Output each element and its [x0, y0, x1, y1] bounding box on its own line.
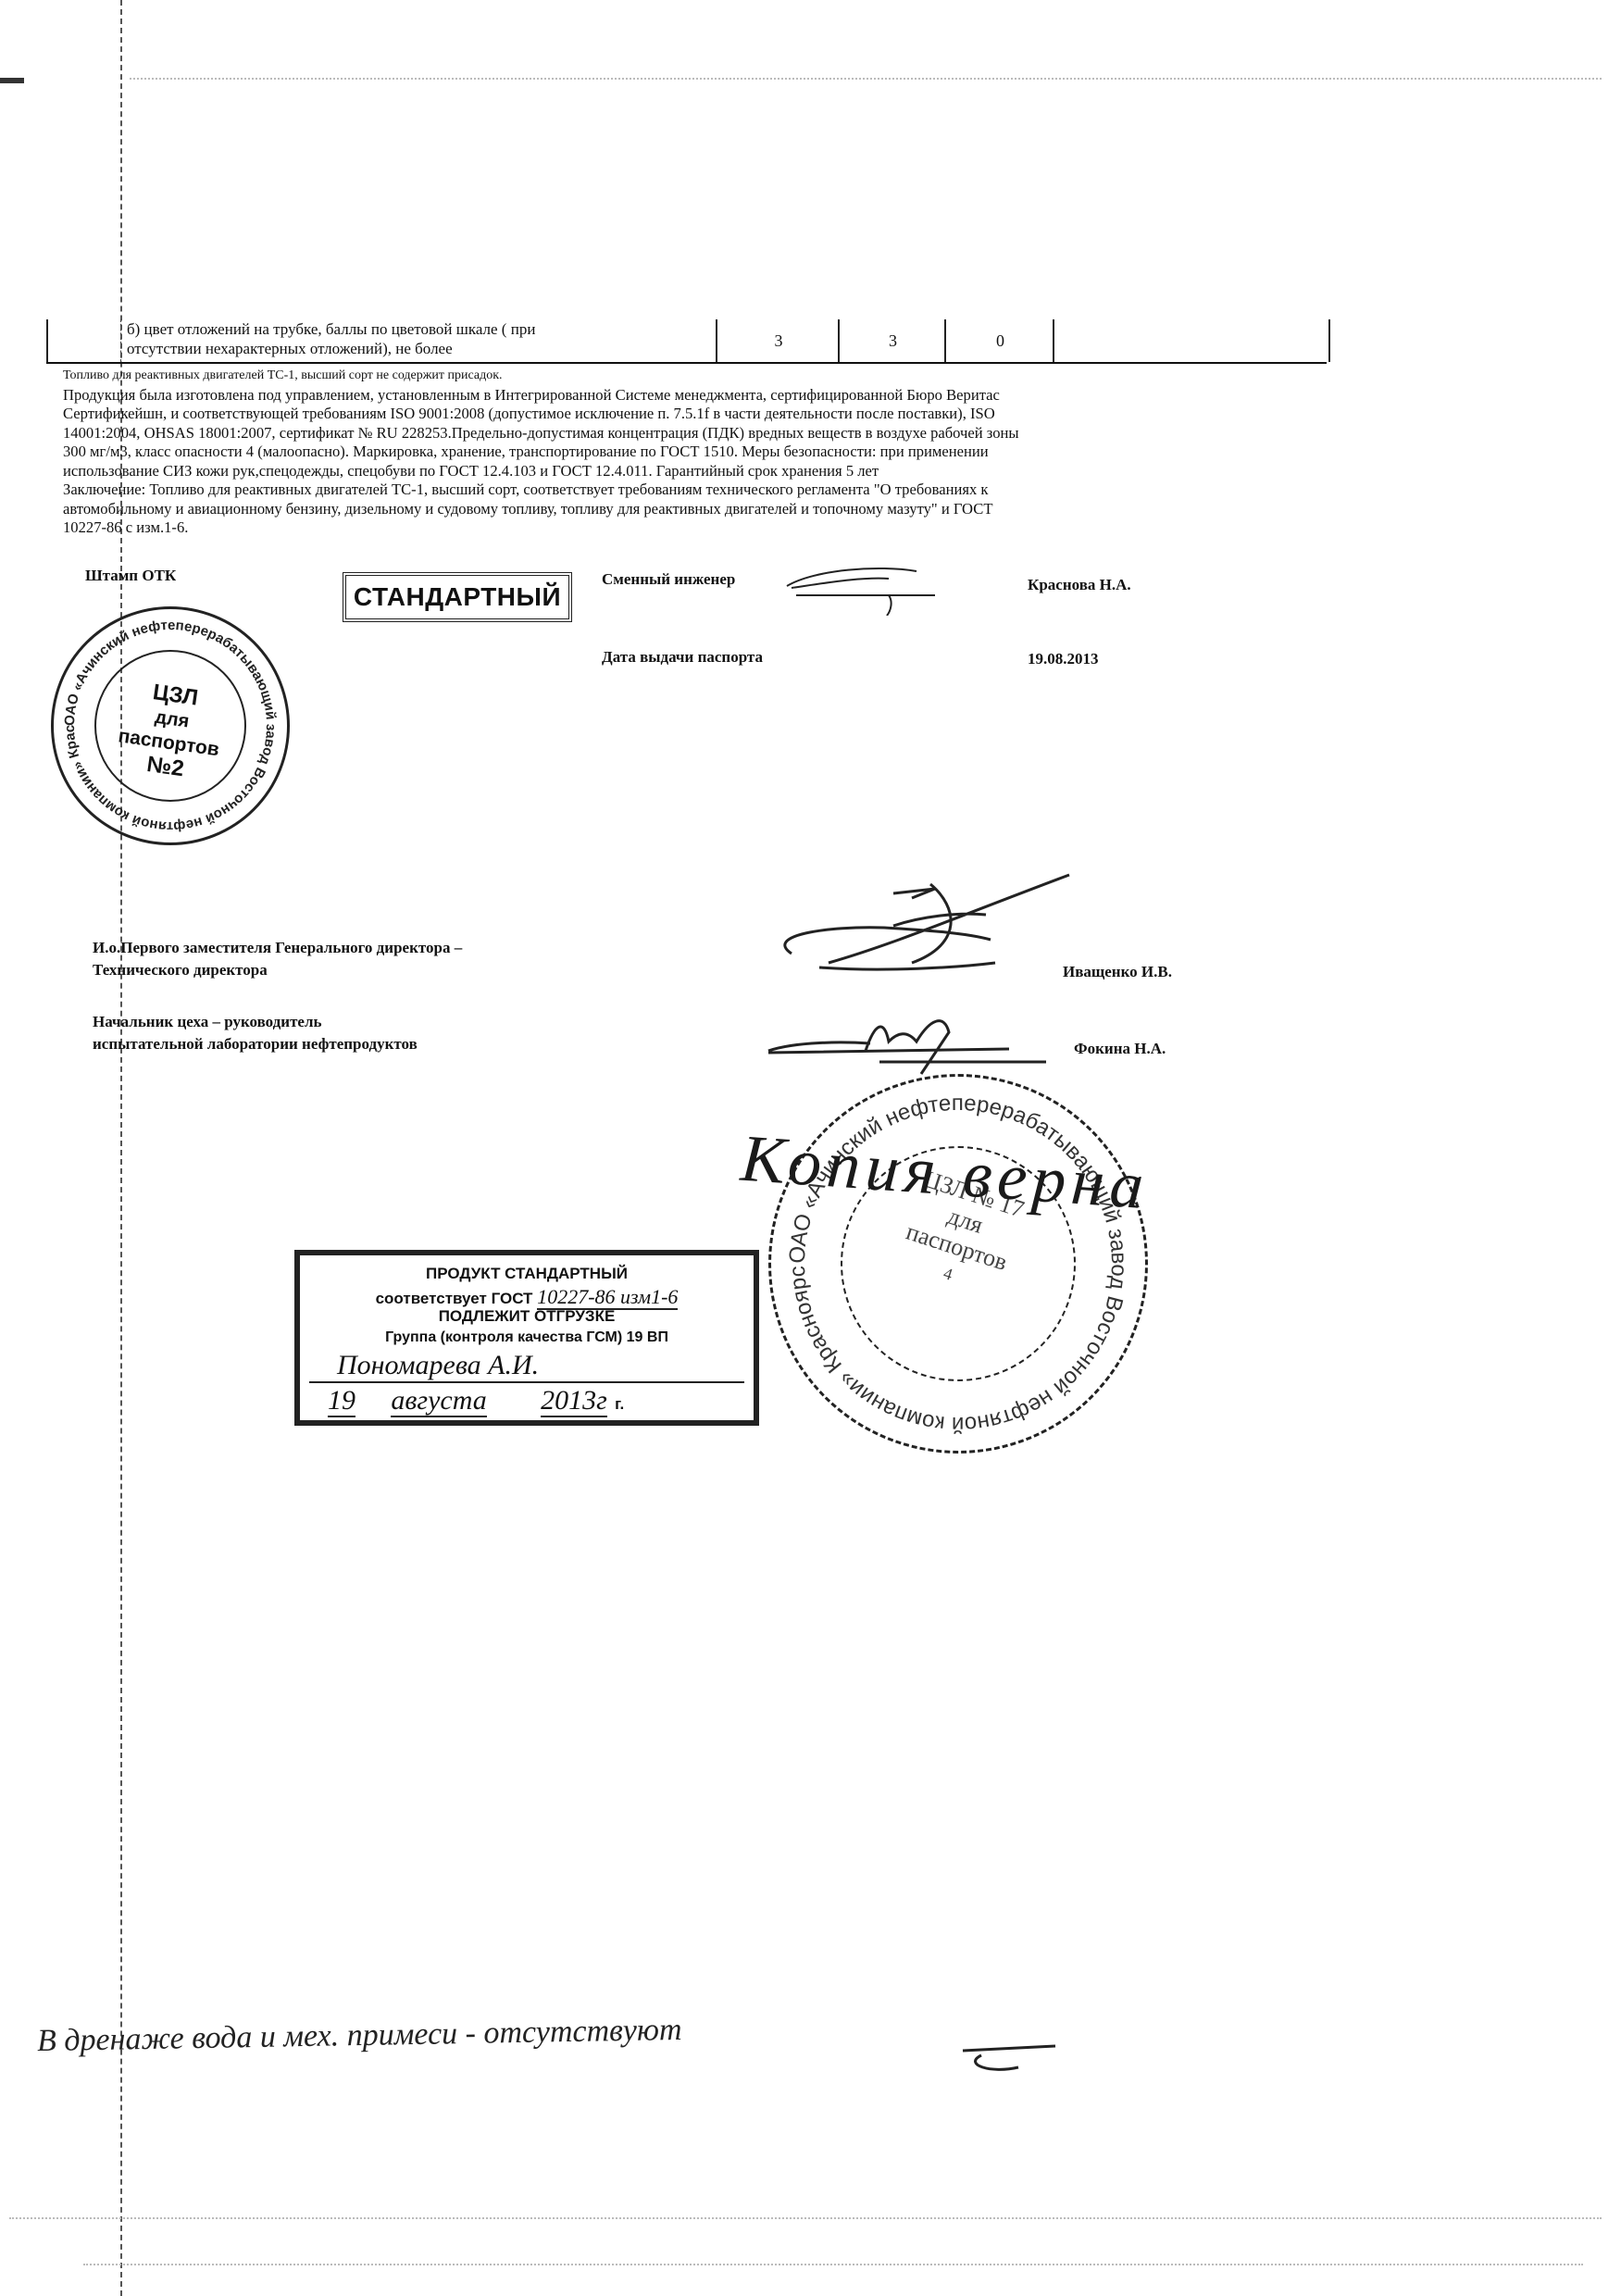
description-line: отсутствии нехарактерных отложений), не …	[127, 339, 716, 358]
stamp-line: ПОДЛЕЖИТ ОТГРУЗКЕ	[300, 1307, 754, 1326]
stamp-line: ПРОДУКТ СТАНДАРТНЫЙ	[300, 1265, 754, 1283]
issue-date-value: 19.08.2013	[1028, 650, 1099, 668]
signatory-name: Фокина Н.А.	[1074, 1040, 1166, 1058]
notes-line: Топливо для реактивных двигателей ТС-1, …	[63, 367, 1266, 386]
description-line: б) цвет отложений на трубке, баллы по цв…	[127, 319, 716, 339]
notes-line: 14001:2004, OHSAS 18001:2007, сертификат…	[63, 424, 1266, 443]
table-cell-index	[46, 319, 122, 362]
shift-engineer-name: Краснова Н.А.	[1028, 576, 1131, 594]
stamp-handwritten-inspector: Пономарева А.И.	[309, 1350, 744, 1383]
scan-noise	[83, 2264, 1583, 2267]
notes-line: 10227-86 с изм.1-6.	[63, 518, 1266, 538]
table-cell-result: 0	[944, 319, 1054, 362]
notes-line: Продукция была изготовлена под управлени…	[63, 386, 1266, 406]
otk-stamp-label: Штамп ОТК	[85, 567, 176, 585]
notes-line: Сертификейшн, и соответствующей требован…	[63, 405, 1266, 424]
stamp-line: Группа (контроля качества ГСМ) 19 ВП	[300, 1329, 754, 1346]
shift-engineer-label: Сменный инженер	[602, 570, 735, 589]
scan-noise	[130, 78, 1602, 81]
notes-line: Заключение: Топливо для реактивных двига…	[63, 480, 1266, 500]
round-stamp-czl: ОАО «Ачинский нефтеперерабатывающий заво…	[51, 606, 290, 845]
signatory-name: Иващенко И.В.	[1063, 963, 1172, 981]
stamp-date-year: 2013г	[541, 1385, 607, 1417]
table-cell-description: б) цвет отложений на трубке, баллы по цв…	[120, 319, 716, 362]
stamp-handwritten-gost: 10227-86 изм1-6	[537, 1285, 678, 1310]
standard-stamp: СТАНДАРТНЫЙ	[343, 572, 572, 622]
notes-line: автомобильному и авиационному бензину, д…	[63, 500, 1266, 519]
notes-line: использование СИЗ кожи рук,спецодежды, с…	[63, 462, 1266, 481]
signatory-title-line: И.о.Первого заместителя Генерального дир…	[93, 937, 462, 959]
signatory-title-line: Технического директора	[93, 959, 462, 981]
scan-noise	[9, 2217, 1602, 2221]
notes-paragraph: Топливо для реактивных двигателей ТС-1, …	[63, 367, 1266, 538]
signatory-title-line: Начальник цеха – руководитель	[93, 1011, 418, 1033]
signature-ivashchenko	[773, 870, 1079, 991]
stamp-date-month: августа	[391, 1385, 486, 1417]
test-results-table-row: б) цвет отложений на трубке, баллы по цв…	[46, 319, 1327, 364]
signatory-title: И.о.Первого заместителя Генерального дир…	[93, 937, 462, 981]
stamp-date-suffix: г.	[615, 1395, 624, 1413]
signatory-title: Начальник цеха – руководитель испытатель…	[93, 1011, 418, 1055]
notes-line: 300 мг/м3, класс опасности 4 (малоопасно…	[63, 443, 1266, 462]
table-cell-norm: 3	[716, 319, 840, 362]
issue-date-label: Дата выдачи паспорта	[602, 648, 763, 667]
table-cell-method	[1053, 319, 1330, 362]
scan-edge-mark	[0, 78, 24, 83]
signature-fokina	[759, 1004, 1055, 1079]
stamp-line-text: соответствует ГОСТ	[376, 1290, 533, 1307]
stamp-date-line: 19 августа 2013г г.	[309, 1385, 744, 1416]
stamp-line: соответствует ГОСТ 10227-86 изм1-6	[300, 1285, 754, 1309]
table-cell-norm: 3	[838, 319, 946, 362]
stamp-date-day: 19	[328, 1385, 355, 1417]
signatory-title-line: испытательной лаборатории нефтепродуктов	[93, 1033, 418, 1055]
handwritten-drainage-note: В дренаже вода и мех. примеси - отсутств…	[37, 2013, 682, 2059]
shift-engineer-signature	[778, 560, 944, 616]
product-standard-stamp: ПРОДУКТ СТАНДАРТНЫЙ соответствует ГОСТ 1…	[294, 1250, 759, 1426]
note-flourish	[954, 2032, 1065, 2088]
